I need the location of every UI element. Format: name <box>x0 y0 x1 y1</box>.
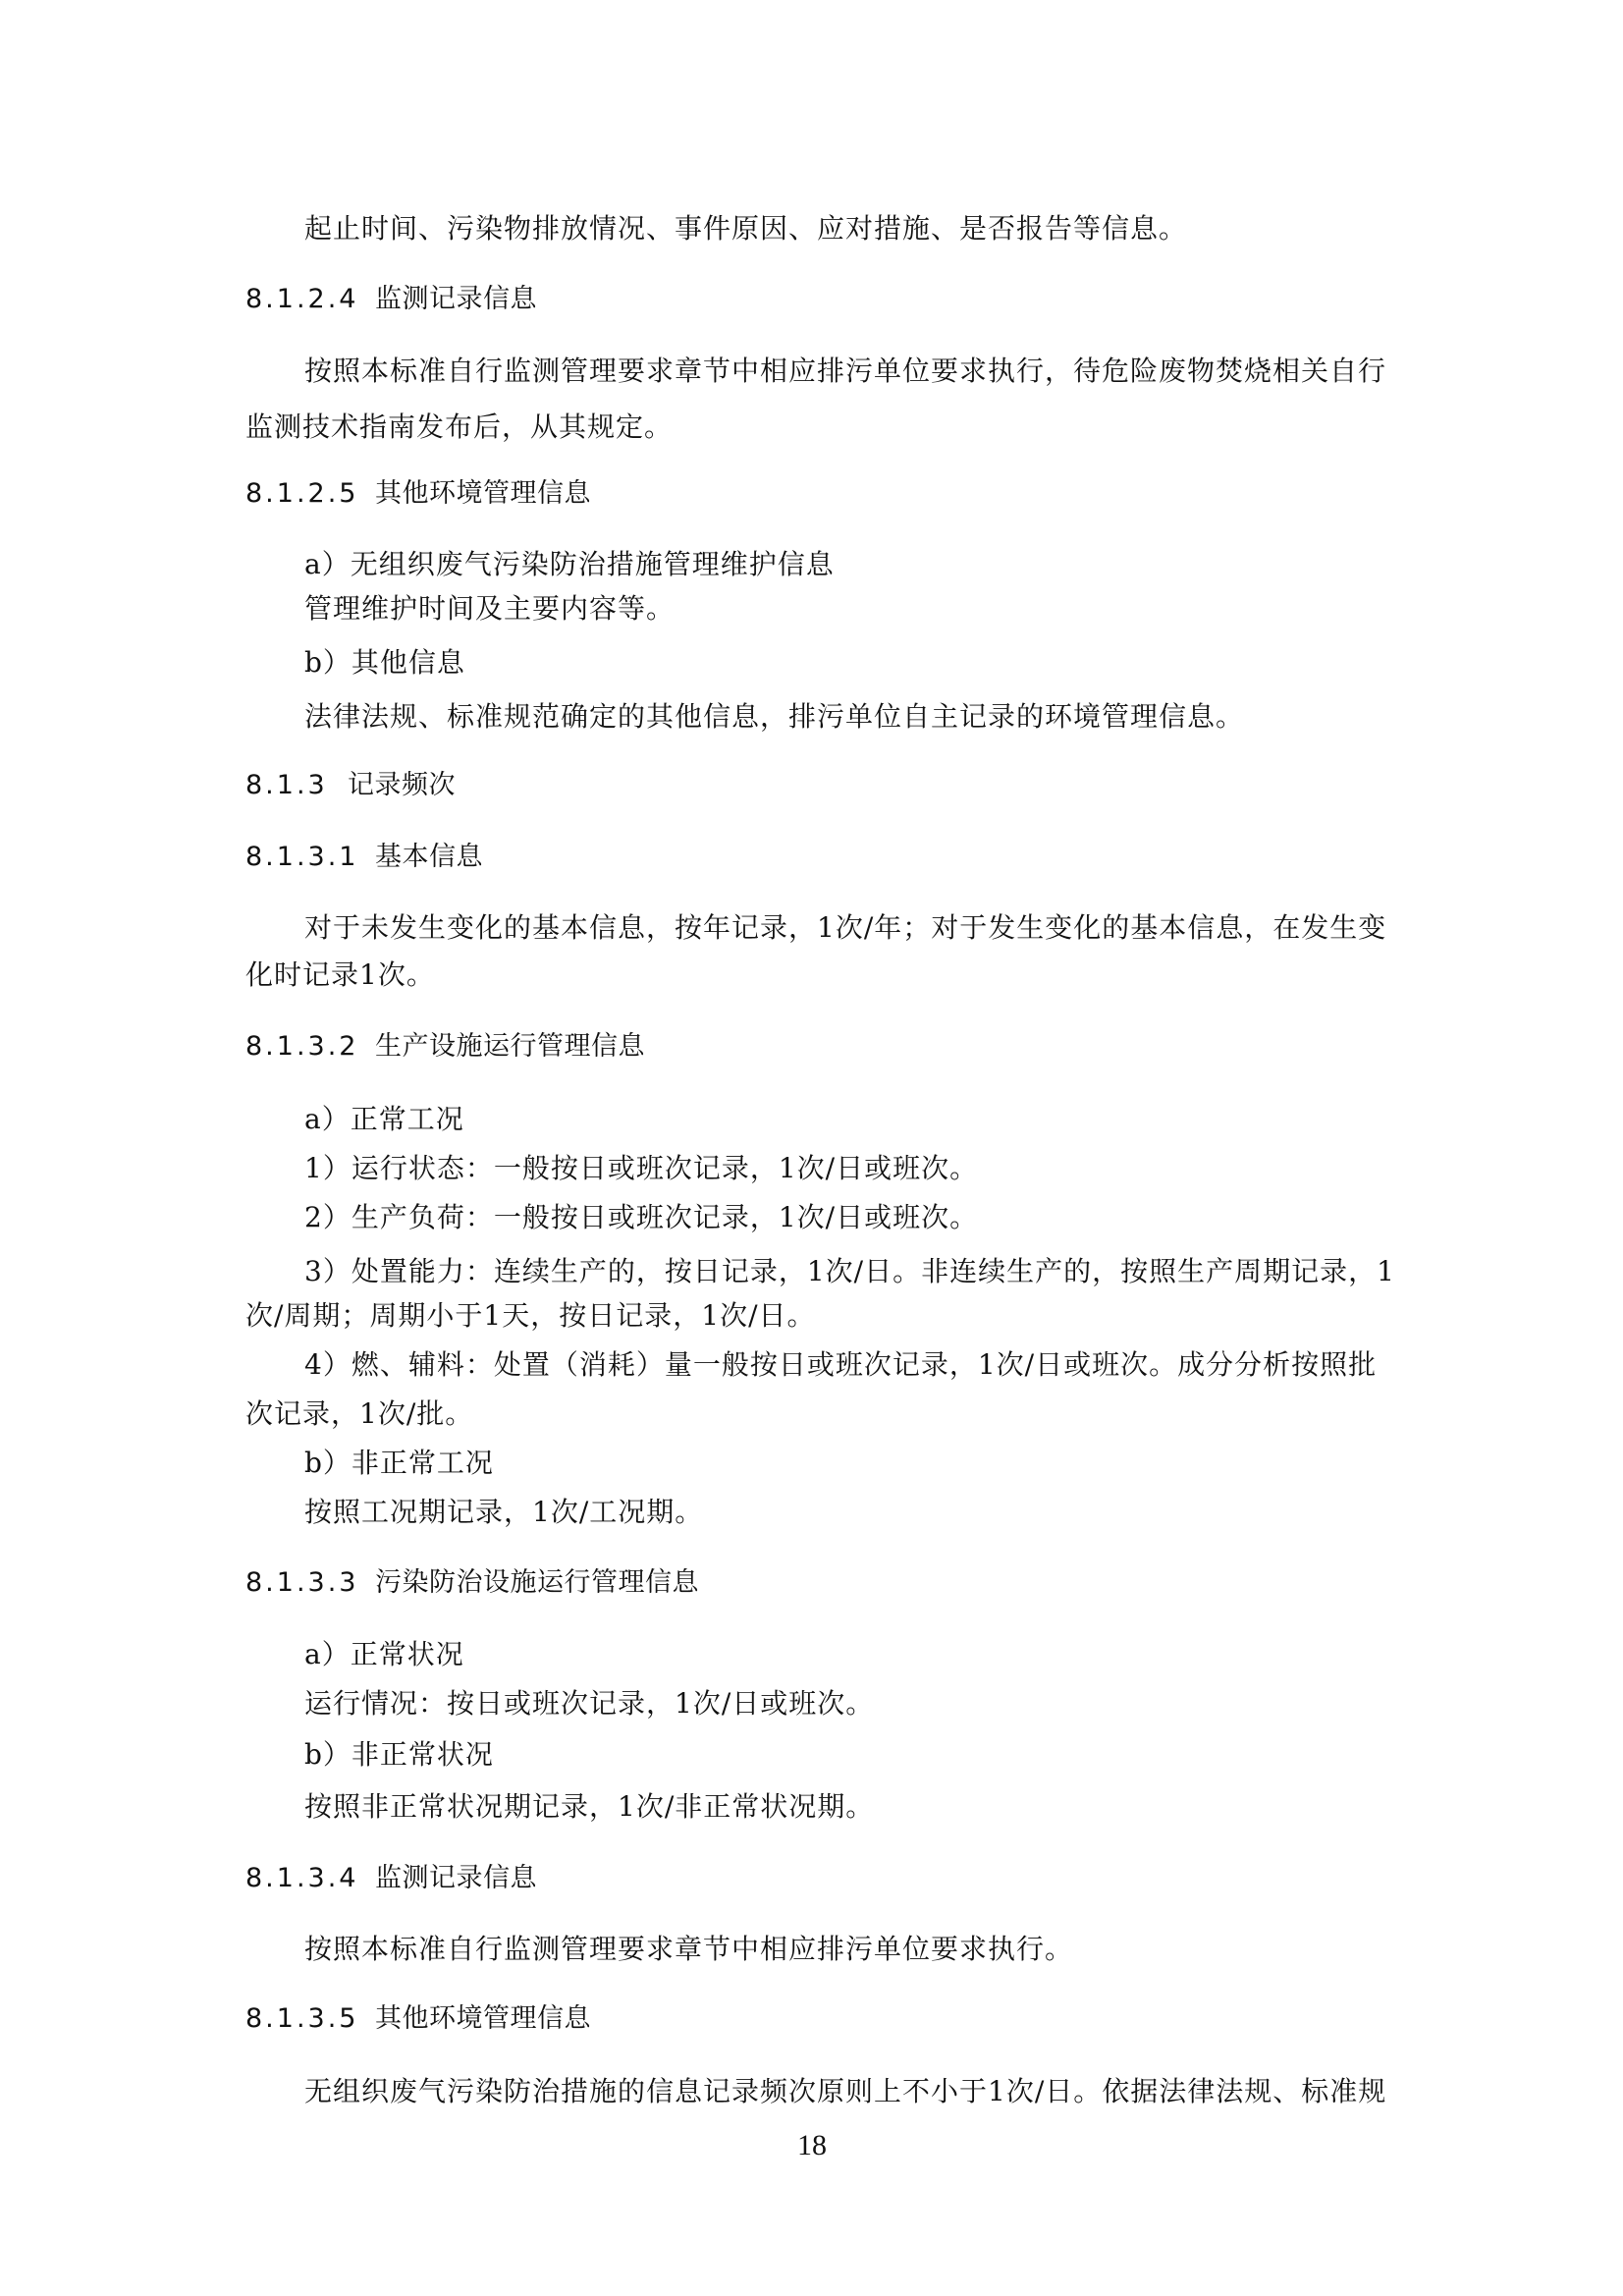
section-heading-8-1-3-2: 8.1.3.2生产设施运行管理信息 <box>245 1030 645 1064</box>
paragraph-line: 起止时间、污染物排放情况、事件原因、应对措施、是否报告等信息。 <box>304 212 1187 246</box>
heading-number: 8.1.2.4 <box>245 283 375 316</box>
heading-title: 生产设施运行管理信息 <box>375 1031 645 1062</box>
paragraph-line: 次/周期；周期小于1天，按日记录，1次/日。 <box>245 1299 816 1333</box>
heading-title: 记录频次 <box>348 770 456 800</box>
heading-number: 8.1.3.5 <box>245 2002 375 2036</box>
list-item: a）正常状况 <box>304 1638 464 1671</box>
section-heading-8-1-3-1: 8.1.3.1基本信息 <box>245 841 483 874</box>
heading-title: 监测记录信息 <box>375 284 537 314</box>
list-item: b）其他信息 <box>304 646 465 680</box>
paragraph-line: 按照工况期记录，1次/工况期。 <box>304 1496 703 1529</box>
list-item: 4）燃、辅料：处置（消耗）量一般按日或班次记录，1次/日或班次。成分分析按照批 <box>304 1348 1377 1382</box>
list-item: 1）运行状态：一般按日或班次记录，1次/日或班次。 <box>304 1152 978 1185</box>
heading-title: 其他环境管理信息 <box>375 478 591 509</box>
section-heading-8-1-3-3: 8.1.3.3污染防治设施运行管理信息 <box>245 1566 699 1600</box>
heading-number: 8.1.3.1 <box>245 841 375 874</box>
heading-title: 监测记录信息 <box>375 1863 537 1893</box>
heading-title: 基本信息 <box>375 842 483 872</box>
paragraph-line: 按照非正常状况期记录，1次/非正常状况期。 <box>304 1790 874 1824</box>
list-item: 2）生产负荷：一般按日或班次记录，1次/日或班次。 <box>304 1201 978 1234</box>
document-page: 起止时间、污染物排放情况、事件原因、应对措施、是否报告等信息。 8.1.2.4监… <box>0 0 1623 2296</box>
paragraph-line: 按照本标准自行监测管理要求章节中相应排污单位要求执行。 <box>304 1933 1073 1966</box>
list-item: 3）处置能力：连续生产的，按日记录，1次/日。非连续生产的，按照生产周期记录，1 <box>304 1255 1395 1288</box>
paragraph-line: 次记录，1次/批。 <box>245 1397 473 1431</box>
paragraph-line: 按照本标准自行监测管理要求章节中相应排污单位要求执行，待危险废物焚烧相关自行 <box>304 355 1386 388</box>
paragraph-line: 化时记录1次。 <box>245 958 435 992</box>
paragraph-line: 对于未发生变化的基本信息，按年记录，1次/年；对于发生变化的基本信息，在发生变 <box>304 911 1386 945</box>
heading-number: 8.1.2.5 <box>245 477 375 511</box>
section-heading-8-1-3-4: 8.1.3.4监测记录信息 <box>245 1862 537 1895</box>
section-heading-8-1-3: 8.1.3记录频次 <box>245 769 456 802</box>
list-item: a）正常工况 <box>304 1103 464 1136</box>
paragraph-line: 无组织废气污染防治措施的信息记录频次原则上不小于1次/日。依据法律法规、标准规 <box>304 2075 1386 2108</box>
list-item: a）无组织废气污染防治措施管理维护信息 <box>304 548 835 581</box>
section-heading-8-1-2-4: 8.1.2.4监测记录信息 <box>245 283 537 316</box>
heading-number: 8.1.3.2 <box>245 1030 375 1064</box>
heading-number: 8.1.3 <box>245 769 348 802</box>
paragraph-line: 管理维护时间及主要内容等。 <box>304 592 675 626</box>
paragraph-line: 运行情况：按日或班次记录，1次/日或班次。 <box>304 1687 874 1721</box>
section-heading-8-1-3-5: 8.1.3.5其他环境管理信息 <box>245 2002 591 2036</box>
heading-number: 8.1.3.3 <box>245 1566 375 1600</box>
heading-number: 8.1.3.4 <box>245 1862 375 1895</box>
paragraph-line: 监测技术指南发布后，从其规定。 <box>245 410 673 444</box>
list-item: b）非正常工况 <box>304 1447 494 1480</box>
heading-title: 其他环境管理信息 <box>375 2003 591 2034</box>
paragraph-line: 法律法规、标准规范确定的其他信息，排污单位自主记录的环境管理信息。 <box>304 700 1244 734</box>
page-number: 18 <box>797 2129 827 2162</box>
section-heading-8-1-2-5: 8.1.2.5其他环境管理信息 <box>245 477 591 511</box>
list-item: b）非正常状况 <box>304 1738 494 1772</box>
heading-title: 污染防治设施运行管理信息 <box>375 1567 699 1598</box>
